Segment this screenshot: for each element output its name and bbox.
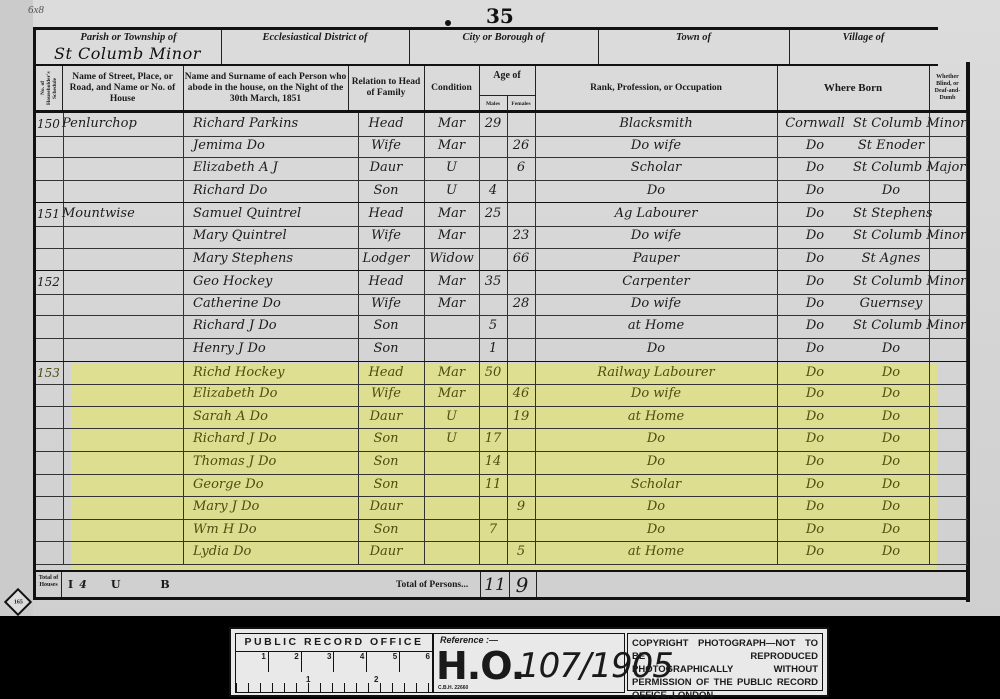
relation: Head <box>348 362 425 385</box>
street-name <box>62 519 184 542</box>
schedule-number <box>36 315 64 338</box>
schedule-number <box>36 383 64 406</box>
relation: Lodger <box>348 248 425 271</box>
female-age: 28 <box>507 293 536 316</box>
relation: Daur <box>348 541 425 564</box>
occupation: Do wife <box>535 293 778 316</box>
table-row: Mary StephensLodgerWidow66PauperDoSt Agn… <box>36 248 968 272</box>
person-name: Mary J Do <box>183 496 359 519</box>
town-label: Town of <box>598 32 789 43</box>
header-schedule-text: No. of Householder's Schedule <box>40 66 58 110</box>
blind-deaf <box>929 496 967 519</box>
male-age: 4 <box>479 180 508 203</box>
table-row: Jemima DoWifeMar26Do wifeDoSt Enoder <box>36 135 968 159</box>
born-parish: Do <box>853 383 930 406</box>
inch-scale: 1 2 3 4 5 6 <box>236 651 432 672</box>
born-parish: Do <box>853 338 930 361</box>
table-row: Elizabeth A JDaurU6ScholarDoSt Columb Ma… <box>36 157 968 181</box>
born-county: Do <box>777 180 853 203</box>
person-name: Geo Hockey <box>183 271 359 294</box>
female-age: 5 <box>507 541 536 564</box>
cm-mark: 2 <box>374 675 378 684</box>
female-age <box>507 362 536 385</box>
condition: U <box>424 157 480 180</box>
female-age: 26 <box>507 135 536 158</box>
born-parish: Do <box>853 180 930 203</box>
person-name: Wm H Do <box>183 519 359 542</box>
blind-deaf <box>929 474 967 497</box>
relation: Son <box>348 519 425 542</box>
born-county: Do <box>777 203 853 226</box>
born-parish: St Agnes <box>853 248 930 271</box>
table-row: Richard J DoSon5at HomeDoSt Columb Minor <box>36 315 968 339</box>
schedule-number <box>36 225 64 248</box>
condition: Mar <box>424 135 480 158</box>
born-county: Do <box>777 338 853 361</box>
condition: Mar <box>424 271 480 294</box>
born-county: Do <box>777 519 853 542</box>
relation: Wife <box>348 383 425 406</box>
born-county: Do <box>777 496 853 519</box>
blind-deaf <box>929 157 967 180</box>
person-name: Samuel Quintrel <box>183 203 359 226</box>
condition <box>424 519 480 542</box>
total-houses-label: Total of Houses <box>36 572 62 599</box>
person-name: George Do <box>183 474 359 497</box>
male-age: 7 <box>479 519 508 542</box>
table-row: Richard DoSonU4DoDoDo <box>36 180 968 204</box>
inhabited-prefix: I <box>68 578 73 591</box>
blind-deaf <box>929 428 967 451</box>
occupation: Do <box>535 428 778 451</box>
schedule-number <box>36 519 64 542</box>
inch-mark: 2 <box>269 652 302 672</box>
born-parish: Do <box>853 496 930 519</box>
table-row: Mary QuintrelWifeMar23Do wifeDoSt Columb… <box>36 225 968 249</box>
corner-mark: 6x8 <box>28 4 44 16</box>
blind-deaf <box>929 225 967 248</box>
city-cell: City or Borough of <box>409 30 599 64</box>
person-name: Sarah A Do <box>183 406 359 429</box>
occupation: Do <box>535 519 778 542</box>
relation: Son <box>348 315 425 338</box>
pro-reference: Reference :— H.O. 107/1905 C.B.H. 22660 <box>433 633 625 693</box>
born-county: Do <box>777 474 853 497</box>
occupation: Carpenter <box>535 271 778 294</box>
header-age-females: Females <box>507 95 535 111</box>
female-age <box>507 451 536 474</box>
female-age: 9 <box>507 496 536 519</box>
city-label: City or Borough of <box>409 32 598 43</box>
blind-deaf <box>929 315 967 338</box>
condition <box>424 474 480 497</box>
occupation: Blacksmith <box>535 113 778 136</box>
born-county: Do <box>777 157 853 180</box>
blind-deaf <box>929 383 967 406</box>
blind-deaf <box>929 248 967 271</box>
born-parish: Do <box>853 362 930 385</box>
table-row: Mary J DoDaur9DoDoDo <box>36 496 968 520</box>
pro-reference-label: PUBLIC RECORD OFFICE 1 2 3 4 5 6 1 2 Ref… <box>229 627 829 697</box>
condition: Widow <box>424 248 480 271</box>
person-name: Richard J Do <box>183 428 359 451</box>
street-name <box>62 406 184 429</box>
inch-mark: 5 <box>367 652 400 672</box>
born-parish: Do <box>853 406 930 429</box>
born-county: Do <box>777 428 853 451</box>
table-row: Catherine DoWifeMar28Do wifeDoGuernsey <box>36 293 968 317</box>
blind-deaf <box>929 271 967 294</box>
person-name: Richard J Do <box>183 315 359 338</box>
schedule-number <box>36 406 64 429</box>
person-name: Catherine Do <box>183 293 359 316</box>
schedule-number <box>36 428 64 451</box>
male-age <box>479 135 508 158</box>
cm-mark: 1 <box>306 675 310 684</box>
pro-title: PUBLIC RECORD OFFICE <box>236 636 432 648</box>
occupation: Ag Labourer <box>535 203 778 226</box>
born-parish: St Enoder <box>853 135 930 158</box>
street-name <box>62 383 184 406</box>
blind-deaf <box>929 135 967 158</box>
table-row: George DoSon11ScholarDoDo <box>36 474 968 498</box>
person-name: Thomas J Do <box>183 451 359 474</box>
occupation: Scholar <box>535 474 778 497</box>
cm-scale: 1 2 <box>236 672 432 692</box>
header-street: Name of Street, Place, or Road, and Name… <box>62 66 184 110</box>
schedule-number <box>36 474 64 497</box>
relation: Daur <box>348 406 425 429</box>
condition: Mar <box>424 203 480 226</box>
person-name: Elizabeth Do <box>183 383 359 406</box>
schedule-number <box>36 496 64 519</box>
schedule-number: 152 <box>36 271 64 294</box>
born-county: Do <box>777 248 853 271</box>
table-row: Thomas J DoSon14DoDoDo <box>36 451 968 475</box>
female-age <box>507 315 536 338</box>
village-label: Village of <box>789 32 938 43</box>
relation: Daur <box>348 157 425 180</box>
table-row: Richard J DoSonU17DoDoDo <box>36 428 968 452</box>
blind-deaf <box>929 293 967 316</box>
schedule-number <box>36 451 64 474</box>
male-age: 11 <box>479 474 508 497</box>
street-name <box>62 157 184 180</box>
born-parish: Guernsey <box>853 293 930 316</box>
male-age <box>479 248 508 271</box>
person-name: Mary Stephens <box>183 248 359 271</box>
village-cell: Village of <box>789 30 938 64</box>
street-name <box>62 315 184 338</box>
relation: Daur <box>348 496 425 519</box>
ink-dot <box>445 20 451 26</box>
born-county: Do <box>777 406 853 429</box>
blind-deaf <box>929 451 967 474</box>
inch-mark: 4 <box>334 652 367 672</box>
born-parish: St Columb Minor <box>853 271 930 294</box>
male-age: 50 <box>479 362 508 385</box>
female-age: 46 <box>507 383 536 406</box>
inch-mark: 1 <box>236 652 269 672</box>
condition <box>424 315 480 338</box>
table-row: Elizabeth DoWifeMar46Do wifeDoDo <box>36 383 968 407</box>
street-name <box>62 428 184 451</box>
female-age <box>507 180 536 203</box>
male-age: 35 <box>479 271 508 294</box>
male-age <box>479 406 508 429</box>
table-row: Lydia DoDaur5at HomeDoDo <box>36 541 968 565</box>
header-age: Age of Males Females <box>479 66 536 110</box>
female-age <box>507 203 536 226</box>
male-age <box>479 383 508 406</box>
table-row: Wm H DoSon7DoDoDo <box>36 519 968 543</box>
blind-deaf <box>929 338 967 361</box>
person-name: Jemima Do <box>183 135 359 158</box>
street-name <box>62 362 184 385</box>
person-name: Mary Quintrel <box>183 225 359 248</box>
occupation: Do <box>535 338 778 361</box>
born-parish: St Columb Minor <box>853 225 930 248</box>
condition <box>424 451 480 474</box>
street-name <box>62 180 184 203</box>
condition: U <box>424 428 480 451</box>
column-headers: No. of Householder's Schedule Name of St… <box>36 66 968 112</box>
female-age <box>507 428 536 451</box>
schedule-number: 151 <box>36 203 64 226</box>
parish-value: St Columb Minor <box>54 44 201 63</box>
occupation: Do <box>535 496 778 519</box>
condition: U <box>424 406 480 429</box>
street-name <box>62 496 184 519</box>
person-name: Elizabeth A J <box>183 157 359 180</box>
schedule-number <box>36 293 64 316</box>
person-name: Richd Hockey <box>183 362 359 385</box>
street-name <box>62 248 184 271</box>
schedule-number <box>36 180 64 203</box>
female-age <box>507 338 536 361</box>
table-row: 153Richd HockeyHeadMar50Railway Labourer… <box>36 361 968 386</box>
female-age <box>507 474 536 497</box>
occupation: at Home <box>535 541 778 564</box>
inch-mark: 3 <box>302 652 335 672</box>
occupation: Do wife <box>535 135 778 158</box>
occupation: Do <box>535 451 778 474</box>
born-county: Do <box>777 362 853 385</box>
street-name <box>62 293 184 316</box>
person-name: Henry J Do <box>183 338 359 361</box>
header-age-males: Males <box>479 95 508 111</box>
occupation: Scholar <box>535 157 778 180</box>
relation: Son <box>348 474 425 497</box>
born-parish: St Columb Major <box>853 157 930 180</box>
inhabited-value: 4 <box>79 578 87 591</box>
born-county: Cornwall <box>777 113 853 136</box>
parish-cell: Parish or Township of St Columb Minor <box>36 30 222 64</box>
header-occupation: Rank, Profession, or Occupation <box>535 66 778 110</box>
relation: Wife <box>348 293 425 316</box>
born-county: Do <box>777 293 853 316</box>
occupation: at Home <box>535 315 778 338</box>
header-condition: Condition <box>424 66 480 110</box>
relation: Son <box>348 180 425 203</box>
page-margin <box>0 0 33 620</box>
male-age <box>479 225 508 248</box>
born-parish: Do <box>853 474 930 497</box>
condition: Mar <box>424 362 480 385</box>
female-age <box>507 113 536 136</box>
condition <box>424 338 480 361</box>
relation: Head <box>348 113 425 136</box>
uninhabited-prefix: U <box>111 578 121 591</box>
street-name <box>62 271 184 294</box>
male-age <box>479 157 508 180</box>
person-name: Richard Parkins <box>183 113 359 136</box>
table-row: 152Geo HockeyHeadMar35CarpenterDoSt Colu… <box>36 270 968 295</box>
totals-row: Total of Houses I4UB Total of Persons...… <box>36 570 968 599</box>
male-age: 29 <box>479 113 508 136</box>
occupation: Railway Labourer <box>535 362 778 385</box>
schedule-number <box>36 248 64 271</box>
condition: Mar <box>424 383 480 406</box>
male-age: 1 <box>479 338 508 361</box>
male-age: 14 <box>479 451 508 474</box>
female-age: 23 <box>507 225 536 248</box>
blind-deaf <box>929 406 967 429</box>
building-prefix: B <box>160 578 169 591</box>
blind-deaf <box>929 180 967 203</box>
pro-ruler: PUBLIC RECORD OFFICE 1 2 3 4 5 6 1 2 <box>235 633 433 693</box>
occupation: Pauper <box>535 248 778 271</box>
born-county: Do <box>777 225 853 248</box>
street-name: Mountwise <box>62 203 184 226</box>
male-age <box>479 496 508 519</box>
ecclesiastical-cell: Ecclesiastical District of <box>221 30 410 64</box>
relation: Wife <box>348 225 425 248</box>
schedule-number: 150 <box>36 113 64 136</box>
female-age: 19 <box>507 406 536 429</box>
blind-deaf <box>929 362 967 385</box>
condition: Mar <box>424 113 480 136</box>
sheet-border-bottom <box>33 597 970 600</box>
blind-deaf <box>929 113 967 136</box>
occupation: Do wife <box>535 383 778 406</box>
blind-deaf <box>929 203 967 226</box>
born-county: Do <box>777 135 853 158</box>
reference-series: H.O. <box>436 644 524 688</box>
schedule-number <box>36 157 64 180</box>
table-row: Sarah A DoDaurU19at HomeDoDo <box>36 406 968 430</box>
table-row: 150PenlurchopRichard ParkinsHeadMar29Bla… <box>36 112 968 137</box>
inch-mark: 6 <box>400 652 432 672</box>
born-county: Do <box>777 383 853 406</box>
header-schedule: No. of Householder's Schedule <box>36 66 63 110</box>
born-parish: Do <box>853 451 930 474</box>
schedule-number <box>36 135 64 158</box>
street-name <box>62 541 184 564</box>
occupation: at Home <box>535 406 778 429</box>
district-row: Parish or Township of St Columb Minor Ec… <box>36 30 938 66</box>
female-age: 66 <box>507 248 536 271</box>
header-where-born: Where Born <box>777 66 930 110</box>
male-age: 17 <box>479 428 508 451</box>
occupation: Do wife <box>535 225 778 248</box>
male-age: 5 <box>479 315 508 338</box>
born-county: Do <box>777 271 853 294</box>
header-name: Name and Surname of each Person who abod… <box>183 66 349 110</box>
male-age <box>479 541 508 564</box>
condition: Mar <box>424 293 480 316</box>
blind-deaf <box>929 519 967 542</box>
total-males: 11 <box>480 572 510 599</box>
born-parish: Do <box>853 519 930 542</box>
male-age: 25 <box>479 203 508 226</box>
condition <box>424 541 480 564</box>
street-name <box>62 225 184 248</box>
header-age-title: Age of <box>479 70 535 81</box>
relation: Son <box>348 428 425 451</box>
copyright-notice: COPYRIGHT PHOTOGRAPH—NOT TO BE REPRODUCE… <box>627 633 823 691</box>
street-name: Penlurchop <box>62 113 184 136</box>
street-name <box>62 135 184 158</box>
schedule-number <box>36 338 64 361</box>
born-parish: St Stephens <box>853 203 930 226</box>
born-county: Do <box>777 541 853 564</box>
street-name <box>62 474 184 497</box>
schedule-number <box>36 541 64 564</box>
total-persons-label: Total of Persons... <box>396 580 468 590</box>
person-name: Lydia Do <box>183 541 359 564</box>
born-county: Do <box>777 451 853 474</box>
schedule-number: 153 <box>36 362 64 385</box>
female-age <box>507 519 536 542</box>
reference-code: C.B.H. 22660 <box>438 685 468 691</box>
blind-deaf <box>929 541 967 564</box>
born-parish: Do <box>853 541 930 564</box>
town-cell: Town of <box>598 30 790 64</box>
page-number: 35 <box>486 4 514 28</box>
born-parish: St Columb Minor <box>853 113 930 136</box>
female-age <box>507 271 536 294</box>
relation: Wife <box>348 135 425 158</box>
ecclesiastical-label: Ecclesiastical District of <box>221 32 409 43</box>
total-females: 9 <box>508 572 537 599</box>
header-relation: Relation to Head of Family <box>348 66 425 110</box>
female-age: 6 <box>507 157 536 180</box>
person-name: Richard Do <box>183 180 359 203</box>
folio-number: 165 <box>14 599 23 605</box>
condition: Mar <box>424 225 480 248</box>
relation: Head <box>348 271 425 294</box>
condition <box>424 496 480 519</box>
occupation: Do <box>535 180 778 203</box>
male-age <box>479 293 508 316</box>
condition: U <box>424 180 480 203</box>
born-parish: Do <box>853 428 930 451</box>
table-row: Henry J DoSon1DoDoDo <box>36 338 968 362</box>
census-page: 6x8 35 Parish or Township of St Columb M… <box>0 0 1000 620</box>
relation: Head <box>348 203 425 226</box>
total-houses-values: I4UB <box>68 578 188 591</box>
street-name <box>62 338 184 361</box>
header-blind: Whether Blind, or Deaf-and-Dumb <box>929 66 966 110</box>
relation: Son <box>348 338 425 361</box>
born-parish: St Columb Minor <box>853 315 930 338</box>
table-row: 151MountwiseSamuel QuintrelHeadMar25Ag L… <box>36 202 968 227</box>
street-name <box>62 451 184 474</box>
born-county: Do <box>777 315 853 338</box>
parish-label: Parish or Township of <box>36 32 221 43</box>
relation: Son <box>348 451 425 474</box>
